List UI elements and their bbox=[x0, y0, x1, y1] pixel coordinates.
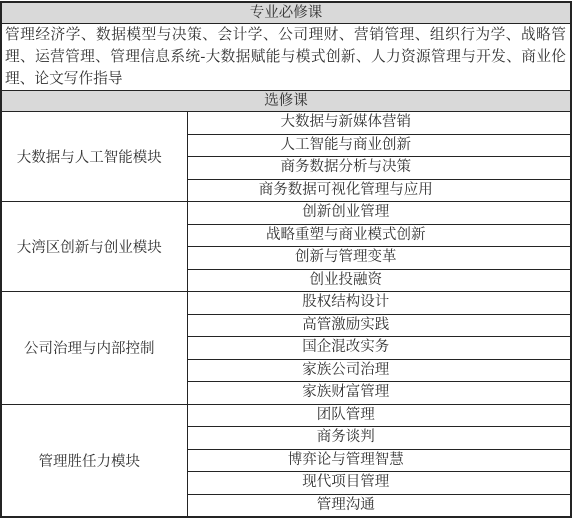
course-name-cell: 商务谈判 bbox=[187, 427, 571, 450]
course-table: 专业必修课 管理经济学、数据模型与决策、会计学、公司理财、营销管理、组织行为学、… bbox=[0, 1, 572, 518]
course-name-cell: 股权结构设计 bbox=[187, 292, 571, 315]
course-name-cell: 管理沟通 bbox=[187, 494, 571, 517]
course-name-cell: 战略重塑与商业模式创新 bbox=[187, 224, 571, 247]
page: { "colors": { "header_bg": "#d9d9d9", "b… bbox=[0, 0, 576, 518]
course-row: 大数据与人工智能模块大数据与新媒体营销 bbox=[1, 112, 571, 135]
module-name-cell: 公司治理与内部控制 bbox=[1, 292, 187, 405]
module-name-cell: 管理胜任力模块 bbox=[1, 404, 187, 517]
course-row: 公司治理与内部控制股权结构设计 bbox=[1, 292, 571, 315]
required-header-row: 专业必修课 bbox=[1, 2, 571, 24]
course-name-cell: 创业投融资 bbox=[187, 269, 571, 292]
course-name-cell: 大数据与新媒体营销 bbox=[187, 112, 571, 135]
module-name-cell: 大湾区创新与创业模块 bbox=[1, 202, 187, 292]
module-name-cell: 大数据与人工智能模块 bbox=[1, 112, 187, 202]
elective-courses-header: 选修课 bbox=[1, 91, 571, 112]
course-row: 大湾区创新与创业模块创新创业管理 bbox=[1, 202, 571, 225]
course-name-cell: 国企混改实务 bbox=[187, 337, 571, 360]
course-name-cell: 团队管理 bbox=[187, 404, 571, 427]
course-name-cell: 家族财富管理 bbox=[187, 382, 571, 405]
required-courses-row: 管理经济学、数据模型与决策、会计学、公司理财、营销管理、组织行为学、战略管理、运… bbox=[1, 24, 571, 91]
course-name-cell: 商务数据分析与决策 bbox=[187, 157, 571, 180]
course-row: 管理胜任力模块团队管理 bbox=[1, 404, 571, 427]
course-name-cell: 博弈论与管理智慧 bbox=[187, 449, 571, 472]
course-name-cell: 创新创业管理 bbox=[187, 202, 571, 225]
course-name-cell: 商务数据可视化管理与应用 bbox=[187, 179, 571, 202]
elective-header-row: 选修课 bbox=[1, 91, 571, 112]
required-courses-header: 专业必修课 bbox=[1, 2, 571, 24]
course-name-cell: 高管激励实践 bbox=[187, 314, 571, 337]
required-courses-text: 管理经济学、数据模型与决策、会计学、公司理财、营销管理、组织行为学、战略管理、运… bbox=[1, 24, 571, 91]
course-name-cell: 家族公司治理 bbox=[187, 359, 571, 382]
course-name-cell: 现代项目管理 bbox=[187, 472, 571, 495]
course-name-cell: 人工智能与商业创新 bbox=[187, 134, 571, 157]
course-name-cell: 创新与管理变革 bbox=[187, 247, 571, 270]
